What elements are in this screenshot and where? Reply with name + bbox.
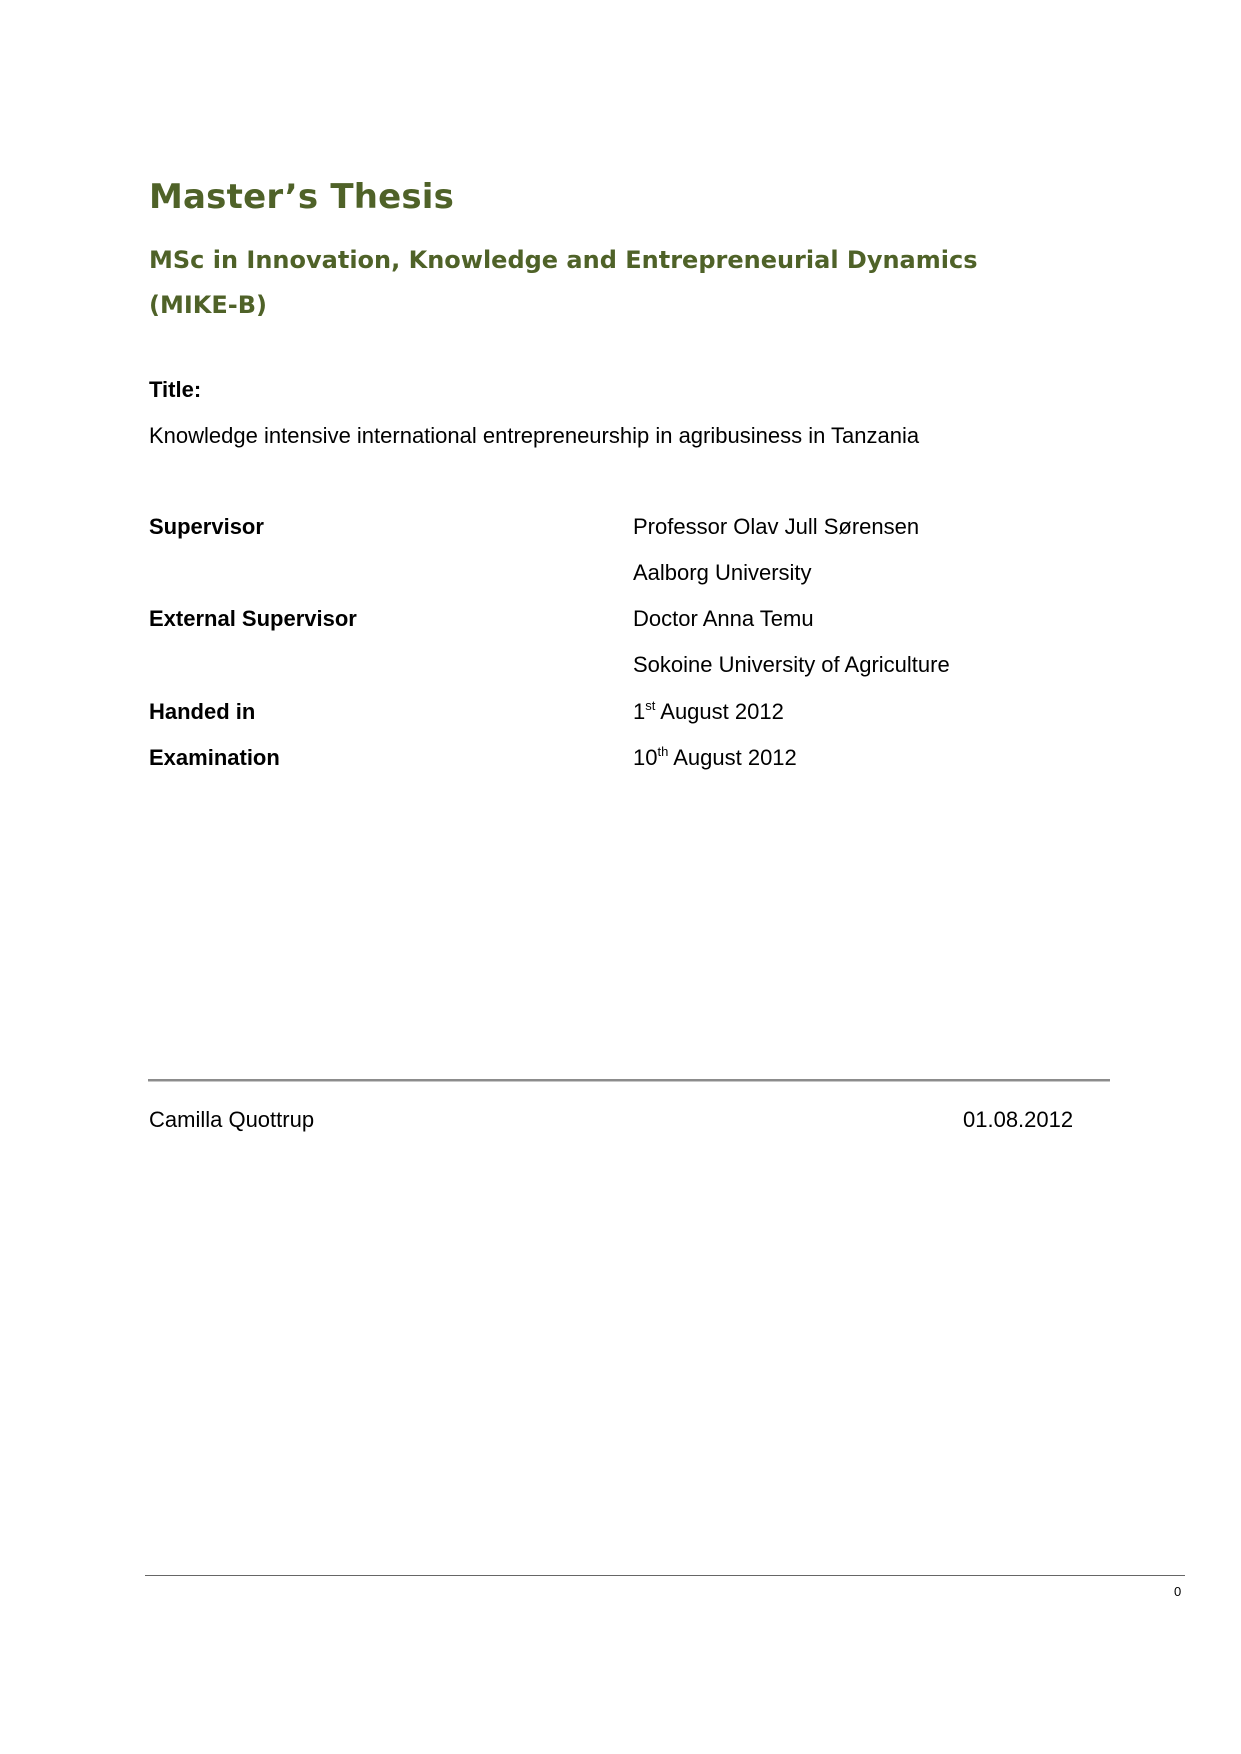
footer-rule (145, 1575, 1185, 1576)
examination-date: 10th August 2012 (633, 745, 797, 771)
supervisor-label: Supervisor (149, 514, 264, 540)
handed-in-date: 1st August 2012 (633, 699, 784, 725)
external-supervisor-affiliation: Sokoine University of Agriculture (633, 652, 950, 678)
handed-in-day: 1 (633, 699, 645, 724)
signature-date: 01.08.2012 (963, 1107, 1073, 1133)
degree-subtitle-line-1: MSc in Innovation, Knowledge and Entrepr… (149, 238, 978, 283)
examination-month-year: August 2012 (668, 745, 796, 770)
degree-subtitle-line-2: (MIKE-B) (149, 283, 978, 328)
examination-label: Examination (149, 745, 280, 771)
author-name: Camilla Quottrup (149, 1107, 314, 1133)
examination-day: 10 (633, 745, 657, 770)
page-number: 0 (1174, 1584, 1181, 1599)
thesis-title-value: Knowledge intensive international entrep… (149, 423, 919, 449)
external-supervisor-label: External Supervisor (149, 606, 357, 632)
degree-subtitle: MSc in Innovation, Knowledge and Entrepr… (149, 238, 978, 328)
handed-in-ordinal: st (645, 698, 655, 713)
supervisor-name: Professor Olav Jull Sørensen (633, 514, 919, 540)
handed-in-label: Handed in (149, 699, 255, 725)
handed-in-month-year: August 2012 (655, 699, 783, 724)
examination-ordinal: th (657, 744, 668, 759)
signature-rule (148, 1079, 1110, 1082)
document-title: Master’s Thesis (149, 177, 454, 217)
supervisor-affiliation: Aalborg University (633, 560, 812, 586)
thesis-title-label: Title: (149, 377, 201, 403)
external-supervisor-name: Doctor Anna Temu (633, 606, 814, 632)
